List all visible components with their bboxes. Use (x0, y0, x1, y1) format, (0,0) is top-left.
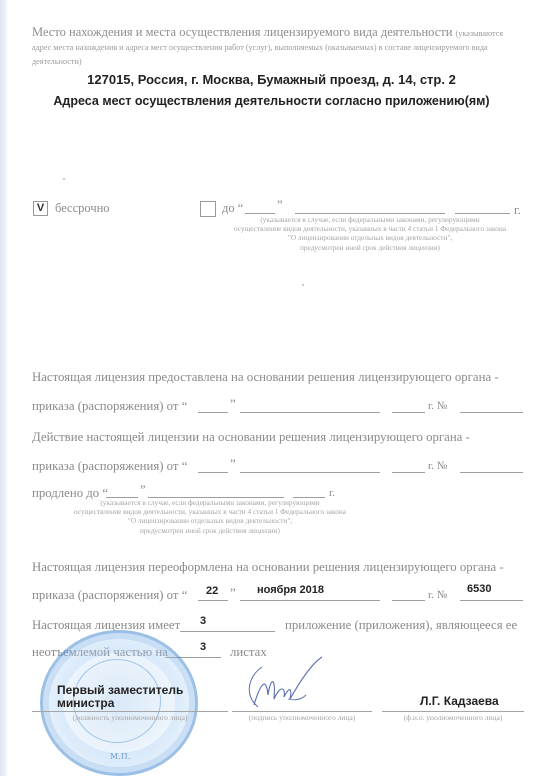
until-prefix: до “ (222, 201, 243, 216)
note-line: осуществление видов деятельности, указан… (220, 224, 520, 233)
appendix-count-value: 3 (200, 615, 206, 627)
reissued-order-prefix: приказа (распоряжения) от “ (32, 588, 187, 603)
name-caption: (ф.и.о. уполномоченного лица) (382, 713, 524, 722)
signature-caption: (подпись уполномоченного лица) (232, 713, 372, 722)
extended-year-field[interactable] (392, 472, 425, 473)
extended-note: (указывается в случае, если федеральными… (60, 498, 360, 535)
appendix-middle: приложение (приложения), являющееся ее (285, 618, 517, 633)
reissued-year-field[interactable] (392, 600, 425, 601)
note-line: (указывается в случае, если федеральными… (220, 215, 520, 224)
stamp-mark: М.П. (110, 752, 130, 761)
note-line: предусмотрен иной срок действия лицензии… (60, 526, 360, 535)
signatory-position: Первый заместитель министра (57, 684, 187, 710)
indefinite-label: бессрочно (55, 201, 110, 216)
reissued-number-value: 6530 (467, 583, 491, 595)
location-heading: Место нахождения и места осуществления л… (32, 26, 524, 68)
granted-quote-close: ” (230, 397, 236, 412)
granted-order-prefix: приказа (распоряжения) от “ (32, 399, 187, 414)
signatory-name: Л.Г. Кадзаева (420, 694, 499, 708)
granted-month-field[interactable] (240, 412, 380, 413)
until-quote-close: ” (277, 198, 283, 213)
position-caption: (должность уполномоченного лица) (32, 713, 228, 722)
until-note: (указывается в случае, если федеральными… (220, 215, 520, 252)
note-line: "О лицензировании отдельных видов деятел… (60, 516, 360, 525)
position-line (32, 711, 228, 712)
granted-year-no: г. № (428, 400, 447, 412)
until-checkbox[interactable] (200, 201, 216, 217)
granted-year-field[interactable] (392, 412, 425, 413)
appendix-sheets-value: 3 (200, 641, 206, 653)
extended-until-quote-close: ” (140, 483, 146, 498)
reissued-day-field[interactable] (198, 600, 228, 601)
note-line: (указывается в случае, если федеральными… (60, 498, 360, 507)
extended-order-prefix: приказа (распоряжения) от “ (32, 459, 187, 474)
reissued-month-year-value: ноября 2018 (257, 584, 324, 596)
reissued-month-field[interactable] (240, 600, 380, 601)
granted-day-field[interactable] (198, 412, 228, 413)
scan-speck (63, 178, 65, 180)
granted-number-field[interactable] (460, 412, 523, 413)
until-month-field[interactable] (295, 213, 445, 214)
extended-day-field[interactable] (198, 472, 228, 473)
scan-speck (302, 284, 304, 286)
reissued-line: Настоящая лицензия переоформлена на осно… (32, 560, 504, 575)
appendix-count-field[interactable] (180, 631, 275, 632)
until-year-field[interactable] (455, 213, 510, 214)
note-line: предусмотрен иной срок действия лицензии… (220, 243, 520, 252)
handwritten-signature (240, 655, 330, 715)
reissued-quote-close: ” (230, 586, 236, 601)
registered-address: 127015, Россия, г. Москва, Бумажный прое… (0, 72, 543, 87)
activity-addresses-reference: Адреса мест осуществления деятельности с… (0, 94, 543, 108)
extended-year-no: г. № (428, 460, 447, 472)
extended-number-field[interactable] (460, 472, 523, 473)
reissued-number-field[interactable] (460, 600, 523, 601)
extended-line: Действие настоящей лицензии на основании… (32, 430, 470, 445)
note-line: "О лицензировании отдельных видов деятел… (220, 233, 520, 242)
reissued-year-no: г. № (428, 589, 447, 601)
extended-month-field[interactable] (240, 472, 380, 473)
reissued-day-value: 22 (206, 585, 218, 597)
extended-quote-close: ” (230, 457, 236, 472)
location-title: Место нахождения и места осуществления л… (32, 25, 452, 39)
scan-edge (0, 0, 7, 776)
note-line: осуществление видов деятельности, указан… (60, 507, 360, 516)
indefinite-checkbox[interactable]: V (33, 201, 48, 216)
granted-line: Настоящая лицензия предоставлена на осно… (32, 370, 499, 385)
name-line (382, 711, 524, 712)
until-day-field[interactable] (245, 213, 275, 214)
signature-line (232, 711, 372, 712)
